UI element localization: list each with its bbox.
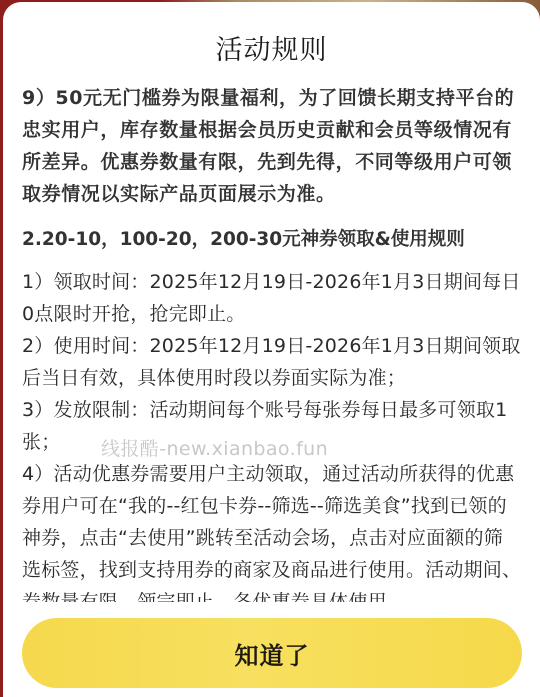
rule-item-3: 3）发放限制：活动期间每个账号每张券每日最多可领取1张；: [22, 394, 522, 458]
rule-paragraph-9: 9）50元无门槛券为限量福利，为了回馈长期支持平台的忠实用户，库存数量根据会员历…: [22, 82, 522, 210]
section-heading: 2.20-10，100-20，200-30元神券领取&使用规则: [22, 224, 522, 256]
rule-item-2: 2）使用时间：2025年12月19日-2026年1月3日期间领取后当日有效，具体…: [22, 330, 522, 394]
confirm-button[interactable]: 知道了: [22, 618, 522, 688]
activity-rules-modal: 活动规则 9）50元无门槛券为限量福利，为了回馈长期支持平台的忠实用户，库存数量…: [3, 2, 540, 697]
rule-item-4: 4）活动优惠券需要用户主动领取，通过活动所获得的优惠券用户可在“我的--红包卡券…: [22, 458, 522, 602]
rule-item-1: 1）领取时间：2025年12月19日-2026年1月3日期间每日0点限时开抢，抢…: [22, 266, 522, 330]
modal-title: 活动规则: [3, 28, 540, 67]
rules-scroll-area[interactable]: 9）50元无门槛券为限量福利，为了回馈长期支持平台的忠实用户，库存数量根据会员历…: [22, 82, 522, 602]
